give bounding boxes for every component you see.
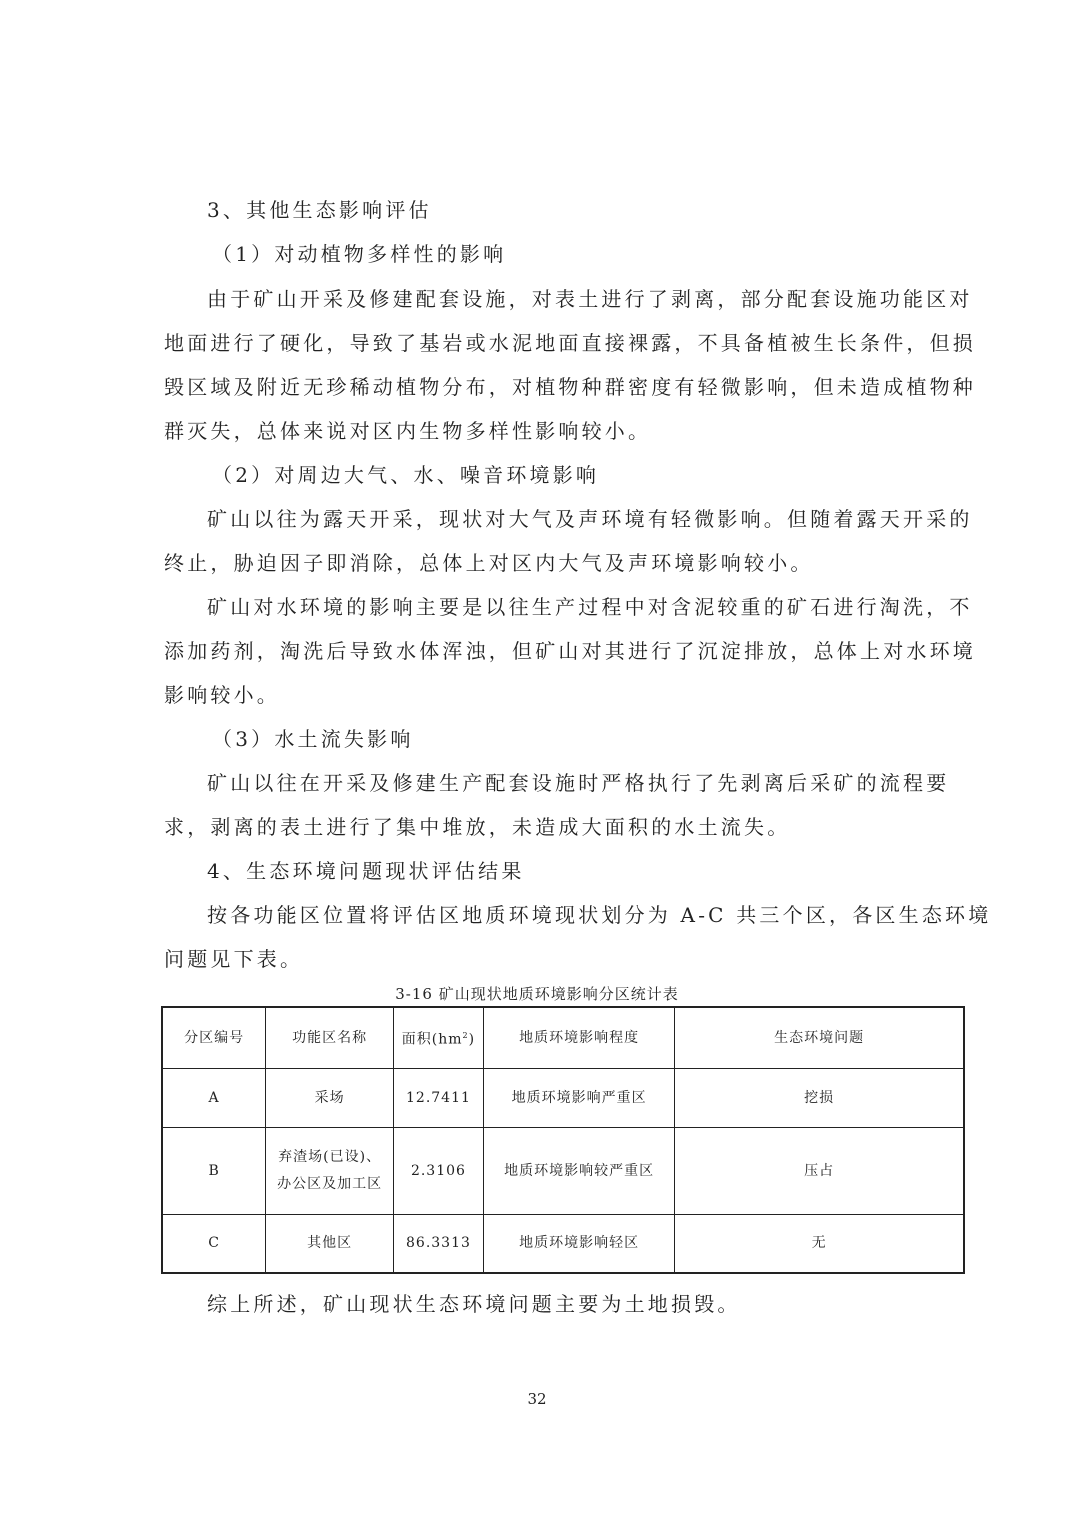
paragraph-line: 按各功能区位置将评估区地质环境现状划分为 A-C 共三个区，各区生态环境 [207, 903, 991, 927]
section-4-heading: 4、生态环境问题现状评估结果 [207, 859, 525, 883]
cell-eco-issue: 无 [675, 1215, 964, 1274]
paragraph-line: 终止，胁迫因子即消除，总体上对区内大气及声环境影响较小。 [164, 551, 814, 575]
paragraph-line: 添加药剂，淘洗后导致水体浑浊，但矿山对其进行了沉淀排放，总体上对水环境 [164, 639, 976, 663]
subsection-1-title: （1）对动植物多样性的影响 [212, 242, 506, 266]
paragraph-line: 矿山对水环境的影响主要是以往生产过程中对含泥较重的矿石进行淘洗，不 [207, 595, 973, 619]
cell-impact-degree: 地质环境影响严重区 [483, 1069, 674, 1128]
cell-zone-id: C [162, 1215, 266, 1274]
cell-impact-degree: 地质环境影响轻区 [483, 1215, 674, 1274]
paragraph-line: 群灭失，总体来说对区内生物多样性影响较小。 [164, 419, 651, 443]
cell-area: 12.7411 [393, 1069, 483, 1128]
cell-area: 2.3106 [393, 1128, 483, 1215]
header-zone-id: 分区编号 [162, 1007, 266, 1069]
header-eco-issue: 生态环境问题 [675, 1007, 964, 1069]
paragraph-line: 毁区域及附近无珍稀动植物分布，对植物种群密度有轻微影响，但未造成植物种 [164, 375, 976, 399]
cell-area: 86.3313 [393, 1215, 483, 1274]
cell-zone-id: B [162, 1128, 266, 1215]
document-page: 3、其他生态影响评估 （1）对动植物多样性的影响 由于矿山开采及修建配套设施，对… [0, 0, 1074, 1520]
paragraph-line: 地面进行了硬化，导致了基岩或水泥地面直接裸露，不具备植被生长条件，但损 [164, 331, 976, 355]
header-function-name: 功能区名称 [266, 1007, 394, 1069]
cell-function-name: 弃渣场(已设)、办公区及加工区 [266, 1128, 394, 1215]
conclusion-paragraph: 综上所述，矿山现状生态环境问题主要为土地损毁。 [207, 1292, 741, 1316]
cell-eco-issue: 压占 [675, 1128, 964, 1215]
paragraph-line: 求，剥离的表土进行了集中堆放，未造成大面积的水土流失。 [164, 815, 790, 839]
page-number: 32 [0, 1390, 1074, 1408]
section-3-heading: 3、其他生态影响评估 [207, 198, 432, 222]
paragraph-line: 矿山以往为露天开采，现状对大气及声环境有轻微影响。但随着露天开采的 [207, 507, 973, 531]
cell-eco-issue: 挖损 [675, 1069, 964, 1128]
table-row: C 其他区 86.3313 地质环境影响轻区 无 [162, 1215, 964, 1274]
cell-zone-id: A [162, 1069, 266, 1128]
header-area: 面积(hm2) [393, 1007, 483, 1069]
cell-impact-degree: 地质环境影响较严重区 [483, 1128, 674, 1215]
subsection-2-title: （2）对周边大气、水、噪音环境影响 [212, 463, 599, 487]
table-header-row: 分区编号 功能区名称 面积(hm2) 地质环境影响程度 生态环境问题 [162, 1007, 964, 1069]
header-impact-degree: 地质环境影响程度 [483, 1007, 674, 1069]
cell-function-name: 采场 [266, 1069, 394, 1128]
cell-function-name: 其他区 [266, 1215, 394, 1274]
table-row: B 弃渣场(已设)、办公区及加工区 2.3106 地质环境影响较严重区 压占 [162, 1128, 964, 1215]
paragraph-line: 矿山以往在开采及修建生产配套设施时严格执行了先剥离后采矿的流程要 [207, 771, 949, 795]
zoning-statistics-table: 分区编号 功能区名称 面积(hm2) 地质环境影响程度 生态环境问题 A 采场 … [161, 1006, 965, 1274]
table-row: A 采场 12.7411 地质环境影响严重区 挖损 [162, 1069, 964, 1128]
paragraph-line: 由于矿山开采及修建配套设施，对表土进行了剥离，部分配套设施功能区对 [207, 287, 973, 311]
paragraph-line: 问题见下表。 [164, 947, 303, 971]
table-caption: 3-16 矿山现状地质环境影响分区统计表 [0, 985, 1074, 1003]
subsection-3-title: （3）水土流失影响 [212, 727, 414, 751]
paragraph-line: 影响较小。 [164, 683, 280, 707]
